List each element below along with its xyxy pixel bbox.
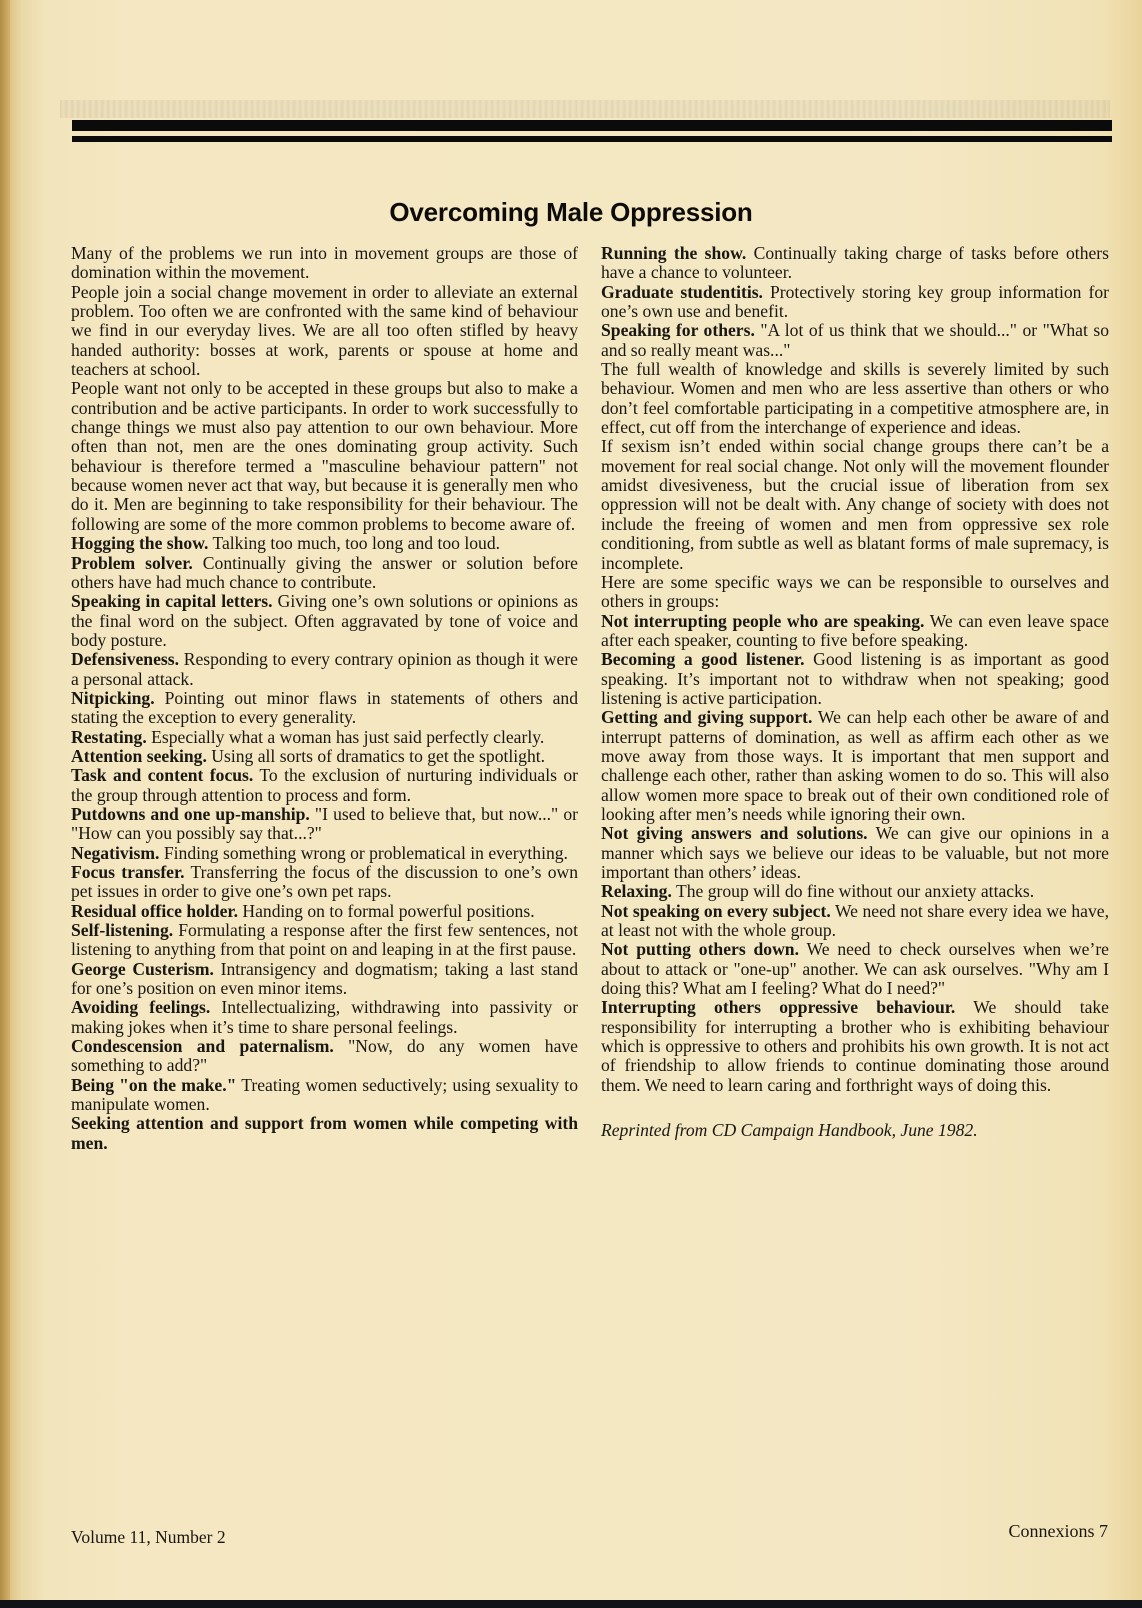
definition-paragraph: Negativism. Finding something wrong or p… (71, 844, 578, 863)
paragraph-term: George Custerism. (71, 959, 214, 979)
body-paragraph: People want not only to be accepted in t… (71, 379, 578, 534)
definition-paragraph: Hogging the show. Talking too much, too … (71, 534, 578, 553)
definition-paragraph: Seeking attention and support from women… (71, 1114, 578, 1153)
paragraph-text: Here are some specific ways we can be re… (601, 572, 1109, 611)
paragraph-text: Talking too much, too long and too loud. (212, 533, 500, 553)
paragraph-term: Speaking for others. (601, 320, 755, 340)
paragraph-term: Not interrupting people who are speaking… (601, 611, 924, 631)
body-paragraph: If sexism isn’t ended within social chan… (601, 437, 1109, 572)
paragraph-text: Handing on to formal powerful positions. (242, 901, 534, 921)
paragraph-term: Not giving answers and solutions. (601, 823, 868, 843)
paragraph-term: Seeking attention and support from women… (71, 1113, 578, 1152)
paragraph-term: Putdowns and one up-manship. (71, 804, 310, 824)
paragraph-term: Restating. (71, 727, 147, 747)
definition-paragraph: Defensiveness. Responding to every contr… (71, 650, 578, 689)
paragraph-text: People join a social change movement in … (71, 282, 578, 379)
reprint-credit: Reprinted from CD Campaign Handbook, Jun… (601, 1121, 1109, 1140)
definition-paragraph: Condescension and paternalism. "Now, do … (71, 1037, 578, 1076)
paragraph-term: Getting and giving support. (601, 707, 812, 727)
definition-paragraph: Restating. Especially what a woman has j… (71, 728, 578, 747)
definition-paragraph: Putdowns and one up-manship. "I used to … (71, 805, 578, 844)
body-paragraph: The full wealth of knowledge and skills … (601, 360, 1109, 437)
footer-page-number: Connexions 7 (1008, 1521, 1108, 1542)
paragraph-text: Especially what a woman has just said pe… (151, 727, 544, 747)
paragraph-term: Graduate studentitis. (601, 282, 763, 302)
paragraph-term: Interrupting others oppressive behaviour… (601, 997, 955, 1017)
definition-paragraph: Not putting others down. We need to chec… (601, 940, 1109, 998)
definition-paragraph: Residual office holder. Handing on to fo… (71, 902, 578, 921)
definition-paragraph: Becoming a good listener. Good listening… (601, 650, 1109, 708)
body-paragraph: Here are some specific ways we can be re… (601, 573, 1109, 612)
footer-volume: Volume 11, Number 2 (71, 1527, 226, 1548)
paragraph-term: Speaking in capital letters. (71, 591, 273, 611)
paragraph-term: Not putting others down. (601, 939, 799, 959)
paragraph-term: Negativism. (71, 843, 159, 863)
paragraph-term: Not speaking on every subject. (601, 901, 831, 921)
body-paragraph: People join a social change movement in … (71, 283, 578, 380)
article-title: Overcoming Male Oppression (0, 197, 1142, 228)
definition-paragraph: Problem solver. Continually giving the a… (71, 554, 578, 593)
definition-paragraph: Self-listening. Formulating a response a… (71, 921, 578, 960)
definition-paragraph: George Custerism. Intransigency and dogm… (71, 960, 578, 999)
paragraph-term: Task and content focus. (71, 765, 253, 785)
scan-bottom-edge (0, 1600, 1142, 1608)
definition-paragraph: Nitpicking. Pointing out minor flaws in … (71, 689, 578, 728)
definition-paragraph: Interrupting others oppressive behaviour… (601, 998, 1109, 1095)
definition-paragraph: Graduate studentitis. Protectively stori… (601, 283, 1109, 322)
definition-paragraph: Not interrupting people who are speaking… (601, 612, 1109, 651)
definition-paragraph: Relaxing. The group will do fine without… (601, 882, 1109, 901)
bleed-through-band (60, 100, 1110, 118)
definition-paragraph: Attention seeking. Using all sorts of dr… (71, 747, 578, 766)
definition-paragraph: Being "on the make." Treating women sedu… (71, 1076, 578, 1115)
definition-paragraph: Avoiding feelings. Intellectualizing, wi… (71, 998, 578, 1037)
header-rule-thin (72, 136, 1112, 142)
definition-paragraph: Not giving answers and solutions. We can… (601, 824, 1109, 882)
paragraph-text: Finding something wrong or problematical… (164, 843, 568, 863)
paragraph-term: Residual office holder. (71, 901, 238, 921)
paragraph-term: Defensiveness. (71, 649, 179, 669)
paragraph-term: Hogging the show. (71, 533, 208, 553)
paragraph-text: Using all sorts of dramatics to get the … (211, 746, 545, 766)
right-column: Running the show. Continually taking cha… (601, 244, 1109, 1140)
paragraph-text: Many of the problems we run into in move… (71, 243, 578, 282)
paragraph-term: Being "on the make." (71, 1075, 236, 1095)
paragraph-text: The full wealth of knowledge and skills … (601, 359, 1109, 437)
definition-paragraph: Running the show. Continually taking cha… (601, 244, 1109, 283)
paragraph-term: Self-listening. (71, 920, 173, 940)
definition-paragraph: Task and content focus. To the exclusion… (71, 766, 578, 805)
paragraph-term: Avoiding feelings. (71, 997, 210, 1017)
paragraph-term: Running the show. (601, 243, 746, 263)
paragraph-term: Problem solver. (71, 553, 193, 573)
paragraph-term: Attention seeking. (71, 746, 207, 766)
definition-paragraph: Speaking for others. "A lot of us think … (601, 321, 1109, 360)
paragraph-term: Becoming a good listener. (601, 649, 805, 669)
body-paragraph: Many of the problems we run into in move… (71, 244, 578, 283)
paragraph-term: Nitpicking. (71, 688, 155, 708)
paragraph-term: Focus transfer. (71, 862, 185, 882)
page-spine-shadow (0, 0, 10, 1608)
header-rule-thick (72, 120, 1112, 131)
paragraph-text: People want not only to be accepted in t… (71, 378, 578, 533)
definition-paragraph: Not speaking on every subject. We need n… (601, 902, 1109, 941)
definition-paragraph: Getting and giving support. We can help … (601, 708, 1109, 824)
paragraph-text: If sexism isn’t ended within social chan… (601, 436, 1109, 572)
paragraph-text: The group will do fine without our anxie… (676, 881, 1034, 901)
definition-paragraph: Focus transfer. Transferring the focus o… (71, 863, 578, 902)
paragraph-term: Condescension and paternalism. (71, 1036, 334, 1056)
definition-paragraph: Speaking in capital letters. Giving one’… (71, 592, 578, 650)
left-column: Many of the problems we run into in move… (71, 244, 578, 1153)
paragraph-term: Relaxing. (601, 881, 672, 901)
